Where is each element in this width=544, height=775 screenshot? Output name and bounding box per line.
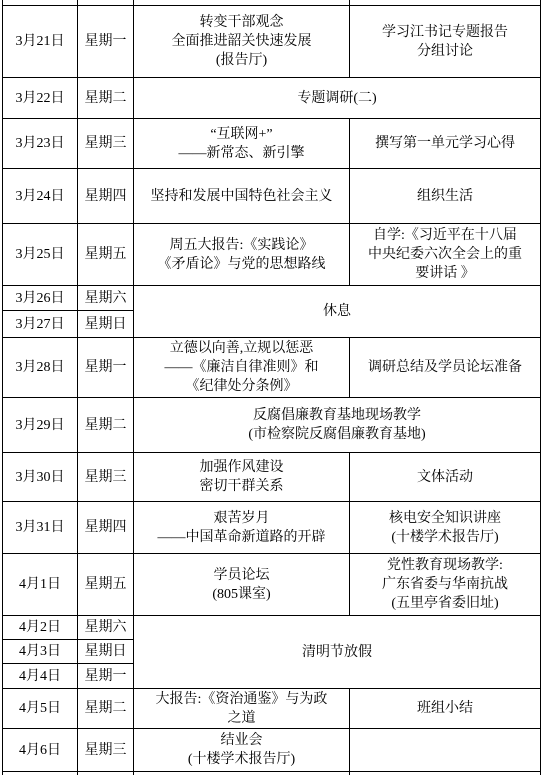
cell-weekday: 星期二 bbox=[78, 398, 134, 453]
cell-weekday: 星期日 bbox=[78, 640, 134, 664]
cell-activity: 班组小结 bbox=[350, 689, 541, 729]
cell-activity: “互联网+” ——新常态、新引擎 bbox=[134, 119, 350, 169]
cell-weekday: 星期三 bbox=[78, 453, 134, 502]
cell-activity: 清明节放假 bbox=[134, 616, 541, 689]
cell-weekday: 星期三 bbox=[78, 119, 134, 169]
cell-date: 3月25日 bbox=[3, 224, 78, 286]
cell-weekday: 星期三 bbox=[78, 729, 134, 772]
schedule-row: 3月31日星期四艰苦岁月 ——中国革命新道路的开辟核电安全知识讲座 (十楼学术报… bbox=[3, 502, 541, 554]
cell-activity: 组织生活 bbox=[350, 169, 541, 224]
schedule-row: 3月24日星期四坚持和发展中国特色社会主义组织生活 bbox=[3, 169, 541, 224]
cell-weekday: 星期二 bbox=[78, 689, 134, 729]
schedule-row: 4月6日星期三结业会 (十楼学术报告厅) bbox=[3, 729, 541, 772]
cell-date: 3月24日 bbox=[3, 169, 78, 224]
cell-activity: 调研总结及学员论坛准备 bbox=[350, 338, 541, 398]
cell-activity: 艰苦岁月 ——中国革命新道路的开辟 bbox=[134, 502, 350, 554]
cutoff-cell bbox=[3, 772, 78, 775]
schedule-row: 3月26日星期六休息 bbox=[3, 286, 541, 311]
cell-weekday: 星期一 bbox=[78, 338, 134, 398]
schedule-row: 3月25日星期五周五大报告:《实践论》 《矛盾论》与党的思想路线自学:《习近平在… bbox=[3, 224, 541, 286]
cell-activity: 学员论坛 (805课室) bbox=[134, 554, 350, 616]
schedule-row: 4月5日星期二大报告:《资治通鉴》与为政 之道班组小结 bbox=[3, 689, 541, 729]
cell-weekday: 星期二 bbox=[78, 78, 134, 119]
cell-weekday: 星期五 bbox=[78, 554, 134, 616]
cell-activity: 周五大报告:《实践论》 《矛盾论》与党的思想路线 bbox=[134, 224, 350, 286]
cell-date: 3月31日 bbox=[3, 502, 78, 554]
cell-date: 4月2日 bbox=[3, 616, 78, 640]
cell-activity: 专题调研(二) bbox=[134, 78, 541, 119]
cell-activity: 加强作风建设 密切干群关系 bbox=[134, 453, 350, 502]
cutoff-row-bottom bbox=[3, 772, 541, 775]
cell-activity: 休息 bbox=[134, 286, 541, 338]
cell-activity bbox=[350, 729, 541, 772]
cell-weekday: 星期四 bbox=[78, 169, 134, 224]
cell-activity: 学习江书记专题报告 分组讨论 bbox=[350, 6, 541, 78]
cell-activity: 大报告:《资治通鉴》与为政 之道 bbox=[134, 689, 350, 729]
schedule-row: 3月22日星期二专题调研(二) bbox=[3, 78, 541, 119]
cell-weekday: 星期四 bbox=[78, 502, 134, 554]
cell-date: 4月4日 bbox=[3, 664, 78, 689]
cell-weekday: 星期一 bbox=[78, 664, 134, 689]
cell-date: 3月26日 bbox=[3, 286, 78, 311]
schedule-row: 3月29日星期二反腐倡廉教育基地现场教学 (市检察院反腐倡廉教育基地) bbox=[3, 398, 541, 453]
cell-activity: 转变干部观念 全面推进韶关快速发展 (报告厅) bbox=[134, 6, 350, 78]
schedule-row: 4月2日星期六清明节放假 bbox=[3, 616, 541, 640]
cell-activity: 党性教育现场教学: 广东省委与华南抗战 (五里亭省委旧址) bbox=[350, 554, 541, 616]
cell-date: 3月27日 bbox=[3, 311, 78, 338]
cell-weekday: 星期六 bbox=[78, 286, 134, 311]
cell-date: 4月3日 bbox=[3, 640, 78, 664]
cell-activity: 撰写第一单元学习心得 bbox=[350, 119, 541, 169]
schedule-row: 3月30日星期三加强作风建设 密切干群关系文体活动 bbox=[3, 453, 541, 502]
schedule-row: 3月28日星期一立德以向善,立规以惩恶 ——《廉洁自律准则》和 《纪律处分条例》… bbox=[3, 338, 541, 398]
cutoff-cell bbox=[350, 772, 541, 775]
cell-activity: 结业会 (十楼学术报告厅) bbox=[134, 729, 350, 772]
cell-date: 4月1日 bbox=[3, 554, 78, 616]
cell-activity: 文体活动 bbox=[350, 453, 541, 502]
cutoff-cell bbox=[78, 772, 134, 775]
cell-date: 3月30日 bbox=[3, 453, 78, 502]
cell-activity: 核电安全知识讲座 (十楼学术报告厅) bbox=[350, 502, 541, 554]
cell-date: 4月5日 bbox=[3, 689, 78, 729]
schedule-row: 3月21日星期一转变干部观念 全面推进韶关快速发展 (报告厅)学习江书记专题报告… bbox=[3, 6, 541, 78]
schedule-row: 3月23日星期三“互联网+” ——新常态、新引擎撰写第一单元学习心得 bbox=[3, 119, 541, 169]
cell-date: 3月22日 bbox=[3, 78, 78, 119]
cell-activity: 反腐倡廉教育基地现场教学 (市检察院反腐倡廉教育基地) bbox=[134, 398, 541, 453]
cell-activity: 坚持和发展中国特色社会主义 bbox=[134, 169, 350, 224]
cell-activity: 立德以向善,立规以惩恶 ——《廉洁自律准则》和 《纪律处分条例》 bbox=[134, 338, 350, 398]
cell-date: 3月29日 bbox=[3, 398, 78, 453]
cell-date: 3月21日 bbox=[3, 6, 78, 78]
cell-weekday: 星期五 bbox=[78, 224, 134, 286]
cell-date: 4月6日 bbox=[3, 729, 78, 772]
schedule-row: 4月1日星期五学员论坛 (805课室)党性教育现场教学: 广东省委与华南抗战 (… bbox=[3, 554, 541, 616]
cell-weekday: 星期日 bbox=[78, 311, 134, 338]
cell-weekday: 星期六 bbox=[78, 616, 134, 640]
cell-activity: 自学:《习近平在十八届 中央纪委六次全会上的重 要讲话 》 bbox=[350, 224, 541, 286]
cutoff-cell bbox=[134, 772, 350, 775]
cell-weekday: 星期一 bbox=[78, 6, 134, 78]
cell-date: 3月23日 bbox=[3, 119, 78, 169]
schedule-page: 3月21日星期一转变干部观念 全面推进韶关快速发展 (报告厅)学习江书记专题报告… bbox=[0, 0, 544, 775]
cell-date: 3月28日 bbox=[3, 338, 78, 398]
schedule-table: 3月21日星期一转变干部观念 全面推进韶关快速发展 (报告厅)学习江书记专题报告… bbox=[2, 0, 541, 775]
